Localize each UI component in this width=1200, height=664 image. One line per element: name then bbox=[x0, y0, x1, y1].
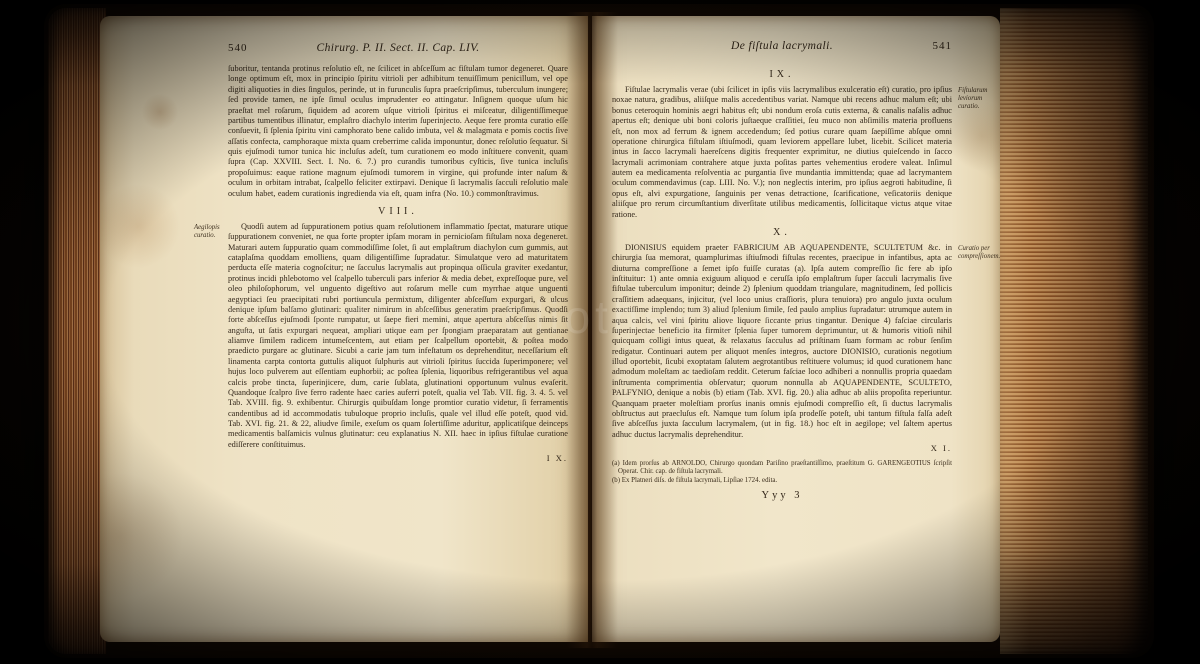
right-page-number: 541 bbox=[933, 40, 953, 52]
section-ix-paragraph: Fiſtulae lacrymalis verae (ubi ſcilicet … bbox=[612, 85, 952, 220]
right-running-title: De fiſtula lacrymali. bbox=[612, 40, 952, 52]
left-catchword: I X. bbox=[228, 453, 568, 463]
margin-note-compressio: Curatio per compreſſionem. bbox=[958, 245, 1002, 261]
section-ix-block: Fiſtularum leviorum curatio. Fiſtulae la… bbox=[612, 85, 952, 220]
right-fore-edge bbox=[1000, 8, 1148, 654]
left-paragraph-continuation: ſuboritur, tentanda protinus reſolutio e… bbox=[228, 64, 568, 199]
section-viii-heading: VIII. bbox=[228, 206, 568, 217]
margin-note-fistularum: Fiſtularum leviorum curatio. bbox=[958, 87, 1002, 112]
margin-note-aegilopis: Aegilopis curatio. bbox=[194, 224, 224, 240]
left-page-textblock: 540 Chirurg. P. II. Sect. II. Cap. LIV. … bbox=[228, 42, 568, 463]
right-running-head: De fiſtula lacrymali. 541 bbox=[612, 40, 952, 62]
left-running-head: 540 Chirurg. P. II. Sect. II. Cap. LIV. bbox=[228, 42, 568, 64]
left-fore-edge bbox=[48, 8, 106, 654]
right-catchword: X I. bbox=[612, 443, 952, 453]
footnote-a: (a) Idem prorſus ab ARNOLDO, Chirurgo qu… bbox=[612, 460, 952, 477]
section-x-paragraph: DIONISIUS equidem praeter FABRICIUM AB A… bbox=[612, 243, 952, 440]
section-ix-heading: IX. bbox=[612, 69, 952, 80]
left-page: 540 Chirurg. P. II. Sect. II. Cap. LIV. … bbox=[100, 16, 588, 642]
section-viii-block: Aegilopis curatio. Quodſi autem ad ſuppu… bbox=[228, 222, 568, 450]
gathering-signature: Yyy 3 bbox=[612, 490, 952, 501]
section-x-block: Curatio per compreſſionem. DIONISIUS equ… bbox=[612, 243, 952, 440]
section-x-heading: X. bbox=[612, 227, 952, 238]
footnotes: (a) Idem prorſus ab ARNOLDO, Chirurgo qu… bbox=[612, 460, 952, 485]
left-running-title: Chirurg. P. II. Sect. II. Cap. LIV. bbox=[228, 42, 568, 54]
book-photo-scene: 540 Chirurg. P. II. Sect. II. Cap. LIV. … bbox=[0, 0, 1200, 664]
footnote-b: (b) Ex Platneri diſs. de fiſtula lacryma… bbox=[612, 477, 952, 485]
section-viii-paragraph: Quodſi autem ad ſuppurationem potius qua… bbox=[228, 222, 568, 450]
right-page: De fiſtula lacrymali. 541 IX. Fiſtularum… bbox=[592, 16, 1000, 642]
right-page-textblock: De fiſtula lacrymali. 541 IX. Fiſtularum… bbox=[612, 40, 952, 501]
